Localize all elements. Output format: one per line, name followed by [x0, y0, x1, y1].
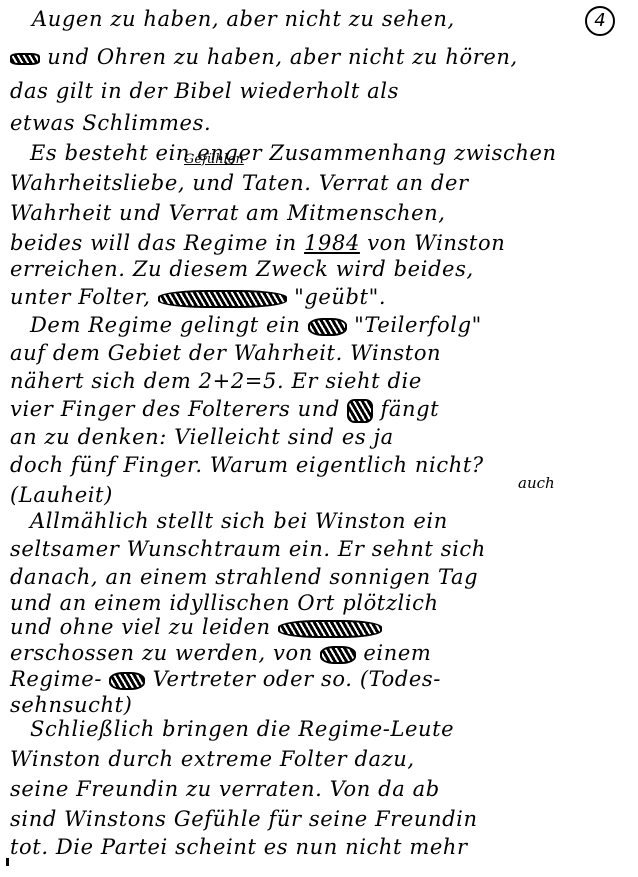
text-line-18: Allmählich stellt sich bei Winston ein: [30, 508, 448, 534]
crossed-out-word: [158, 290, 287, 308]
text-line-13: nähert sich dem 2+2=5. Er sieht die: [10, 368, 422, 394]
text-line-16: doch fünf Finger. Warum eigentlich nicht…: [10, 452, 484, 478]
text-line-19: seltsamer Wunschtraum ein. Er sehnt sich: [10, 536, 486, 562]
ein-word: ein: [413, 509, 447, 533]
faengt-word: fängt: [381, 397, 440, 421]
text-line-14-content: vier Finger des Folterers und: [10, 397, 340, 421]
text-line-29: sind Winstons Gefühle für seine Freundin: [10, 806, 478, 832]
margin-mark: [6, 858, 9, 866]
text-line-15: an zu denken: Vielleicht sind es ja: [10, 424, 394, 450]
text-line-23: erschossen zu werden, von einem: [10, 640, 431, 666]
ink-blot: [347, 399, 373, 423]
text-line-11: Dem Regime gelingt ein "Teilerfolg": [30, 312, 482, 338]
einem-word: einem: [363, 641, 431, 665]
crossed-out-word: [320, 646, 356, 664]
year-1984: 1984: [304, 231, 360, 255]
crossed-out-word: [109, 672, 145, 690]
text-line-26: Schließlich bringen die Regime-Leute: [30, 716, 454, 742]
text-line-3: das gilt in der Bibel wiederholt als: [10, 78, 399, 104]
text-line-8-content: beides will das Regime in: [10, 231, 297, 255]
inserted-word-gefuehlen: Gefühlen: [184, 152, 244, 167]
text-line-24: Regime- Vertreter oder so. (Todes-: [10, 666, 441, 692]
text-line-8: beides will das Regime in 1984 von Winst…: [10, 230, 505, 256]
text-line-17: (Lauheit): [10, 482, 113, 508]
text-line-23-content: erschossen zu werden, von: [10, 641, 313, 665]
text-line-12: auf dem Gebiet der Wahrheit. Winston: [10, 340, 441, 366]
text-line-10-content: unter Folter,: [10, 285, 151, 309]
text-line-9: erreichen. Zu diesem Zweck wird beides,: [10, 256, 474, 282]
text-line-18-content: Allmählich stellt sich bei Winston: [30, 509, 406, 533]
crossed-out-word: [278, 620, 382, 638]
text-line-25: sehnsucht): [10, 692, 132, 718]
text-line-8-suffix: von Winston: [367, 231, 505, 255]
vertreter-text: Vertreter oder so. (Todes-: [153, 667, 441, 691]
text-line-7: Wahrheit und Verrat am Mitmenschen,: [10, 200, 446, 226]
geuebt-word: "geübt".: [294, 285, 386, 309]
document-page: 4 Augen zu haben, aber nicht zu sehen, u…: [0, 0, 638, 877]
teilerfolg-word: "Teilerfolg": [354, 313, 482, 337]
text-line-14: vier Finger des Folterers und fängt: [10, 396, 439, 423]
text-line-28: seine Freundin zu verraten. Von da ab: [10, 776, 440, 802]
text-line-2-content: und Ohren zu haben, aber nicht zu hören,: [47, 45, 517, 69]
text-line-30: tot. Die Partei scheint es nun nicht meh…: [10, 834, 468, 860]
text-line-22: und ohne viel zu leiden: [10, 614, 382, 640]
text-line-21: und an einem idyllischen Ort plötzlich: [10, 590, 439, 616]
text-line-11-content: Dem Regime gelingt ein: [30, 313, 301, 337]
text-line-10: unter Folter, "geübt".: [10, 284, 386, 310]
inserted-word-auch: auch: [518, 474, 555, 492]
page-number-circle: 4: [585, 6, 615, 36]
text-line-24-content: Regime-: [10, 667, 102, 691]
text-line-6: Wahrheitsliebe, und Taten. Verrat an der: [10, 170, 469, 196]
text-line-20: danach, an einem strahlend sonnigen Tag: [10, 564, 478, 590]
text-line-4: etwas Schlimmes.: [10, 110, 211, 136]
strikeout-mark: [10, 53, 40, 65]
text-line-27: Winston durch extreme Folter dazu,: [10, 746, 415, 772]
text-line-2: und Ohren zu haben, aber nicht zu hören,: [10, 44, 518, 70]
crossed-out-word: [308, 318, 347, 336]
text-line-22-content: und ohne viel zu leiden: [10, 615, 271, 639]
text-line-1: Augen zu haben, aber nicht zu sehen,: [32, 6, 455, 32]
text-line-5: Es besteht ein enger Zusammenhang zwisch…: [30, 140, 557, 166]
